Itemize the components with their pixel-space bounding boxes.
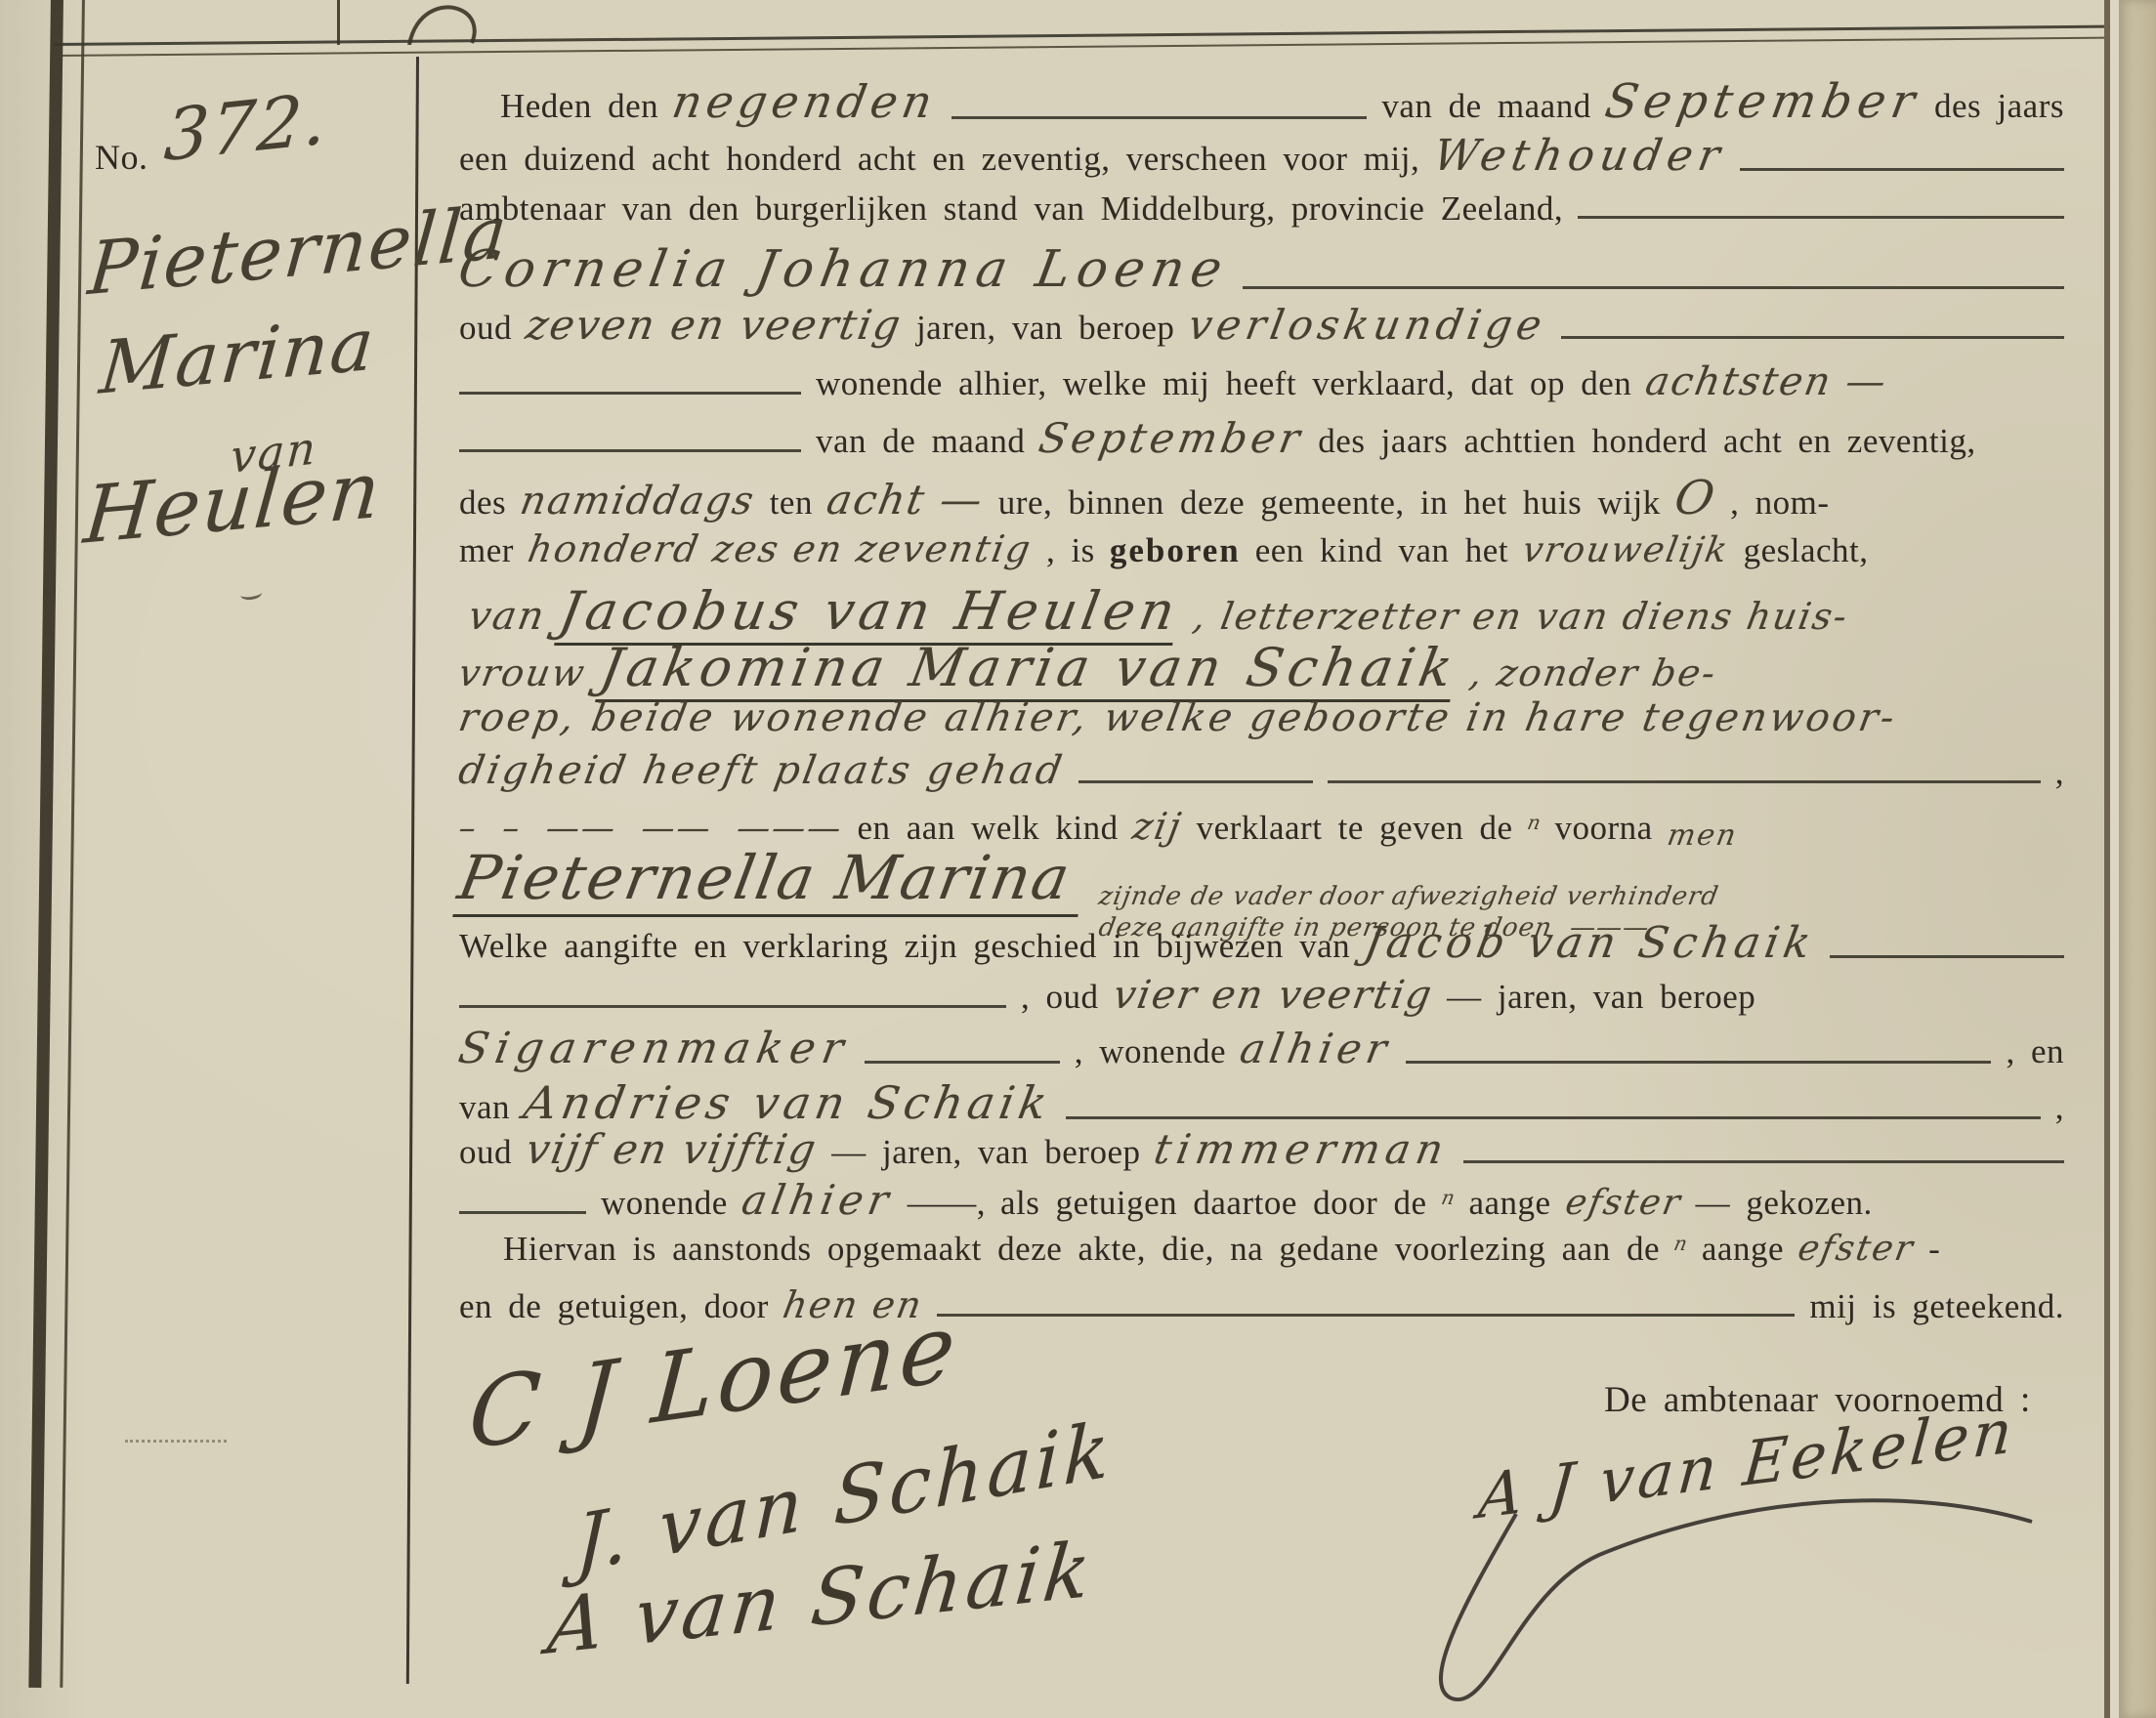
handwritten-entry: efster	[1795, 1229, 1917, 1269]
akte-line-5: oudzeven en veertigjaren, van beroepverl…	[459, 301, 2064, 349]
akte-line-11: vrouwJakomina Maria van Schaik, zonder b…	[459, 637, 2064, 702]
handwritten-entry: digheid heeft plaats gehad	[455, 748, 1068, 793]
blank-fill-rule	[951, 116, 1368, 119]
blank-fill-rule	[1561, 336, 2064, 339]
handwritten-entry: van	[465, 594, 549, 639]
handwritten-entry: vrouwelijk	[1519, 530, 1732, 570]
registrar-signature-flourish	[1399, 1446, 2063, 1709]
left-border-thick-line	[28, 0, 63, 1688]
handwritten-entry: timmerman	[1151, 1125, 1453, 1173]
handwritten-entry: September	[1601, 74, 1924, 129]
printed-text: des	[459, 483, 506, 523]
act-number-value: 372.	[161, 77, 330, 178]
handwritten-entry: zeven en veertig	[523, 301, 907, 349]
printed-text: ambtenaar van den burgerlijken stand van…	[459, 189, 1563, 229]
blank-fill-rule	[1066, 1116, 2041, 1119]
inserted-note-line: zijnde de vader door afwezigheid verhind…	[1096, 882, 1720, 911]
handwritten-entry: Wethouder	[1430, 131, 1730, 181]
printed-text: geslacht,	[1744, 531, 1869, 570]
printed-text: wonende	[601, 1184, 728, 1223]
akte-line-2: een duizend acht honderd acht en zeventi…	[459, 131, 2064, 181]
akte-line-3: ambtenaar van den burgerlijken stand van…	[459, 189, 2064, 229]
handwritten-entry: alhier	[739, 1176, 898, 1224]
printed-text: Heden den	[500, 87, 658, 126]
blank-fill-rule	[1578, 216, 2064, 219]
printed-text: des jaars achttien honderd acht en zeven…	[1318, 422, 1975, 461]
handwritten-entry: Sigarenmaker	[455, 1024, 855, 1073]
blank-fill-rule	[459, 1211, 586, 1214]
printed-text: van de maand	[1381, 87, 1590, 126]
previous-entry-separator-stub	[337, 0, 340, 45]
handwritten-entry: Andries van Schaik	[520, 1076, 1056, 1129]
akte-line-18: Sigarenmaker, wonendealhier, en	[459, 1024, 2064, 1073]
handwritten-entry: vijf en vijftig	[523, 1125, 822, 1173]
handwritten-entry: achtsten —	[1642, 359, 1891, 404]
akte-line-16: Welke aangifte en verklaring zijn geschi…	[459, 918, 2064, 968]
akte-line-13: digheid heeft plaats gehad,	[459, 748, 2064, 793]
printed-text: aange	[1468, 1184, 1550, 1223]
akte-line-23: en de getuigen, doorhen enmij is geteeke…	[459, 1283, 2064, 1326]
printed-text: van de maand	[816, 422, 1025, 461]
blank-fill-rule	[1406, 1061, 1991, 1064]
akte-page: No. 372. Pieternella Marina van Heulen H…	[0, 0, 2156, 1718]
child-name-line-4: Heulen	[80, 443, 385, 562]
printed-text: van	[459, 1088, 510, 1127]
handwritten-entry: efster	[1562, 1183, 1684, 1223]
blank-fill-rule	[1830, 955, 2064, 958]
printed-text: Hiervan is aanstonds opgemaakt deze akte…	[503, 1230, 1660, 1269]
printed-text: wonende alhier, welke mij heeft verklaar…	[816, 364, 1631, 403]
handwritten-entry: alhier	[1237, 1025, 1396, 1072]
handwritten-entry-underlined: Jakomina Maria van Schaik	[595, 637, 1461, 702]
akte-line-7: van de maandSeptemberdes jaars achttien …	[459, 414, 2064, 462]
handwritten-entry: vrouw	[455, 651, 589, 694]
printed-text: , oud	[1021, 978, 1099, 1017]
blank-fill-rule	[1243, 286, 2064, 289]
blank-fill-rule	[865, 1061, 1060, 1064]
akte-line-4: Cornelia Johanna Loene	[459, 240, 2064, 299]
handwritten-entry: , zonder be-	[1466, 651, 1720, 694]
handwritten-entry: September	[1036, 414, 1308, 462]
akte-line-22: Hiervan is aanstonds opgemaakt deze akte…	[503, 1229, 2064, 1269]
printed-text: oud	[459, 1133, 512, 1172]
blank-fill-rule	[1740, 168, 2064, 171]
margin-body-separator-line	[406, 57, 419, 1684]
page-edge-highlight	[2110, 0, 2119, 1718]
printed-text: en de getuigen, door	[459, 1287, 769, 1326]
printed-text: Welke aangifte en verklaring zijn geschi…	[459, 927, 1350, 966]
printed-text: ure, binnen deze gemeente, in het huis w…	[998, 483, 1661, 523]
insertion-caret-mark: n	[1671, 1232, 1689, 1255]
left-border-thin-line	[60, 0, 85, 1688]
handwritten-entry: verloskundige	[1185, 301, 1550, 349]
printed-text: mer	[459, 531, 514, 570]
printed-text: een kind van het	[1255, 531, 1508, 570]
blank-fill-rule	[459, 449, 801, 452]
child-name-line-1: Pieternella	[85, 190, 512, 313]
akte-line-20: oudvijf en vijftig— jaren, van beroeptim…	[459, 1125, 2064, 1173]
book-binding-edge	[2119, 0, 2156, 1718]
handwritten-entry: vier en veertig	[1109, 973, 1436, 1018]
akte-line-6: wonende alhier, welke mij heeft verklaar…	[459, 359, 2064, 404]
akte-line-12: roep, beide wonende alhier, welke geboor…	[459, 695, 2064, 740]
blank-fill-rule	[1463, 1160, 2064, 1163]
printed-text: jaren, van beroep	[916, 309, 1174, 348]
handwritten-entry: , letterzetter en van diens huis-	[1190, 595, 1852, 638]
printed-text: -	[1928, 1230, 1940, 1269]
printed-text: ,	[2055, 1088, 2064, 1127]
akte-line-10: vanJacobus van Heulen, letterzetter en v…	[469, 580, 2064, 646]
printed-text: , nom-	[1730, 483, 1829, 523]
act-number-label: No.	[95, 137, 148, 178]
printed-text: , is	[1046, 531, 1095, 570]
printed-text: — jaren, van beroep	[1447, 978, 1755, 1017]
akte-line-17: , oudvier en veertig— jaren, van beroep	[459, 973, 2064, 1018]
handwritten-entry: Jacob van Schaik	[1361, 918, 1820, 968]
handwritten-entry: acht —	[824, 476, 988, 524]
handwritten-entry: Cornelia Johanna Loene	[454, 240, 1234, 299]
insertion-caret-mark: n	[1439, 1186, 1457, 1209]
blank-fill-rule	[459, 392, 801, 395]
printed-text: — gekozen.	[1696, 1184, 1873, 1223]
akte-line-9: merhonderd zes en zeventig, isgeboreneen…	[459, 527, 2064, 570]
printed-text: ten	[770, 483, 813, 523]
akte-line-8: desnamiddagstenacht —ure, binnen deze ge…	[459, 471, 2064, 525]
handwritten-entry: O	[1670, 471, 1720, 525]
blank-fill-rule	[937, 1314, 1795, 1317]
printed-text: als getuigen daartoe door de	[1000, 1184, 1427, 1223]
akte-line-19: vanAndries van Schaik,	[459, 1076, 2064, 1129]
child-name-line-2: Marina	[97, 302, 379, 411]
blank-fill-rule	[1078, 780, 1313, 783]
printed-text: oud	[459, 309, 512, 348]
printed-text: ,	[2055, 753, 2064, 792]
insertion-caret-mark: n	[1525, 811, 1543, 834]
margin-dotted-mark	[125, 1440, 227, 1443]
printed-text: mij is geteekend.	[1809, 1287, 2064, 1326]
blank-fill-rule	[1328, 780, 2041, 783]
printed-text: — jaren, van beroep	[831, 1133, 1140, 1172]
akte-line-21: wonendealhier——,als getuigen daartoe doo…	[459, 1176, 2064, 1224]
akte-line-1: Heden dennegendenvan de maandSeptemberde…	[500, 74, 2064, 129]
printed-text: , en	[2006, 1032, 2064, 1071]
printed-text: een duizend acht honderd acht en zeventi…	[459, 140, 1419, 179]
handwritten-entry: honderd zes en zeventig	[525, 527, 1036, 570]
blank-fill-rule	[459, 1005, 1006, 1008]
printed-text: des jaars	[1934, 87, 2064, 126]
handwritten-entry: namiddags	[517, 479, 759, 524]
handwritten-entry-underlined: Jacobus van Heulen	[554, 580, 1184, 646]
handwritten-entry: roep, beide wonende alhier, welke geboor…	[455, 695, 1901, 740]
printed-text: ——,	[908, 1184, 986, 1223]
handwritten-entry: negenden	[668, 75, 941, 128]
child-given-names-entry: Pieternella Marina	[452, 842, 1091, 917]
printed-text: aange	[1702, 1230, 1784, 1269]
printed-text: , wonende	[1075, 1032, 1226, 1071]
printed-text-bold: geboren	[1110, 531, 1241, 570]
ink-flourish	[239, 587, 262, 602]
